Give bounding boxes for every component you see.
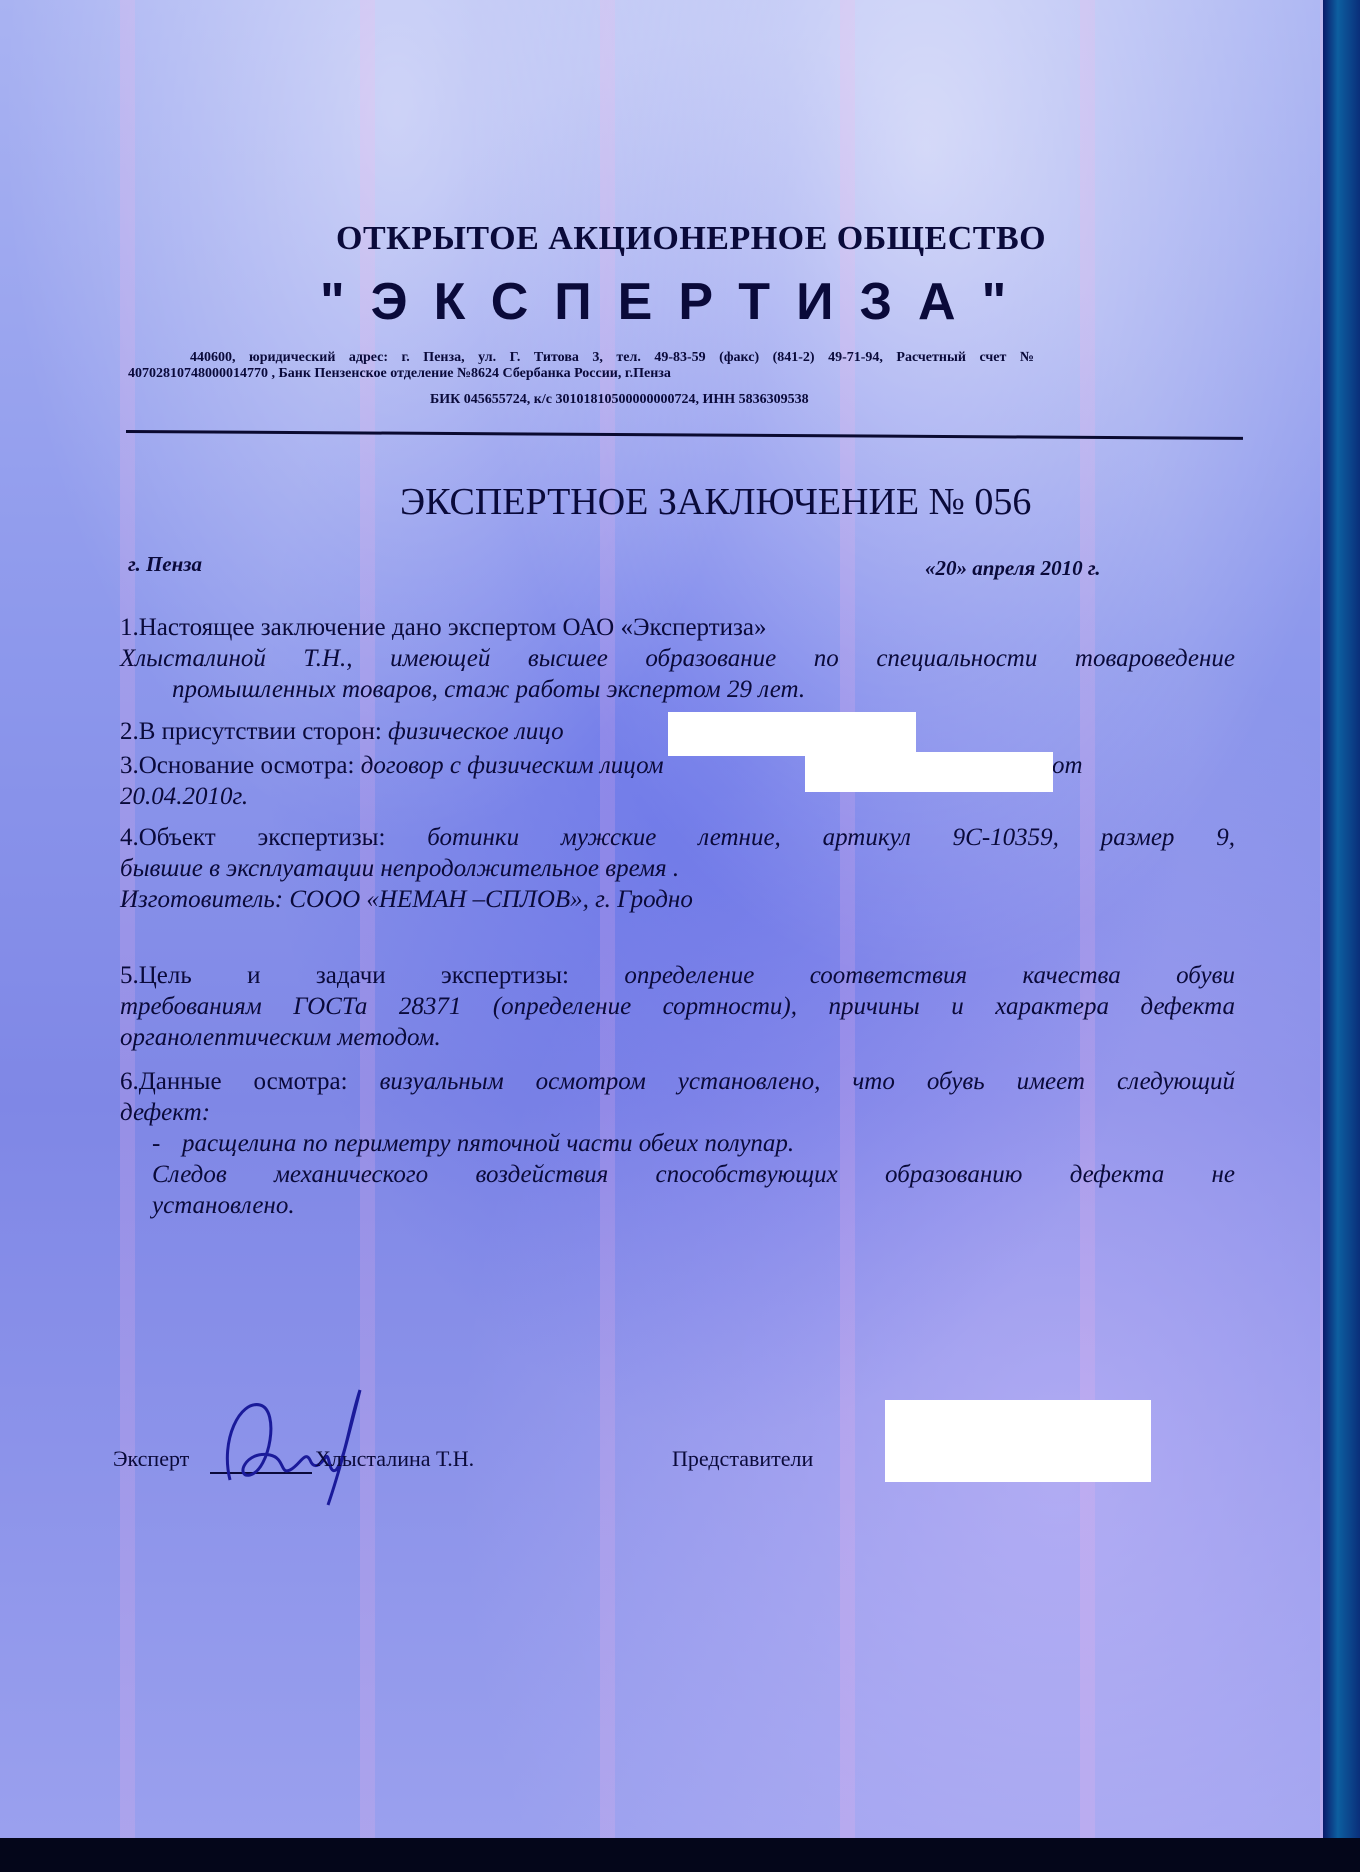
section-3-date: 20.04.2010г. — [120, 781, 1235, 812]
section-1-line-2: Хлысталиной Т.Н., имеющей высшее образов… — [120, 643, 1235, 674]
section-3: 3.Основание осмотра: договор с физически… — [120, 750, 1235, 812]
section-6-value-2: дефект: — [120, 1097, 1235, 1128]
scanner-edge-bottom — [0, 1838, 1360, 1872]
section-6-note-1: Следов механического воздействия способс… — [120, 1159, 1235, 1190]
address-line-3: БИК 045655724, к/с 30101810500000000724,… — [430, 392, 809, 408]
section-2-value: физическое лицо — [388, 718, 564, 745]
section-1-heading: 1.Настоящее заключение дано экспертом ОА… — [120, 612, 1235, 643]
expert-name: Хлысталина Т.Н. — [315, 1446, 474, 1472]
section-5: 5.Цель и задачи экспертизы: определение … — [120, 960, 1235, 1053]
section-3-label: 3.Основание осмотра: — [120, 752, 361, 779]
section-6-value-1: визуальным осмотром установлено, что обу… — [380, 1068, 1235, 1095]
section-4-label: 4.Объект экспертизы: — [120, 824, 427, 851]
section-4-manufacturer: Изготовитель: СООО «НЕМАН –СПЛОВ», г. Гр… — [120, 884, 1235, 915]
document-date: «20» апреля 2010 г. — [925, 556, 1101, 581]
bullet-marker: - — [152, 1128, 182, 1159]
org-type: ОТКРЫТОЕ АКЦИОНЕРНОЕ ОБЩЕСТВО — [336, 220, 1046, 258]
section-4-value-1: ботинки мужские летние, артикул 9С-10359… — [427, 824, 1235, 851]
section-5-value-2: требованиям ГОСТа 28371 (определение сор… — [120, 991, 1235, 1022]
section-4: 4.Объект экспертизы: ботинки мужские лет… — [120, 822, 1235, 915]
org-name: "ЭКСПЕРТИЗА" — [320, 272, 1032, 332]
signature-scribble-icon — [210, 1380, 390, 1510]
section-5-value-1: определение соответствия качества обуви — [624, 962, 1235, 989]
section-1: 1.Настоящее заключение дано экспертом ОА… — [120, 612, 1235, 705]
section-6-label: 6.Данные осмотра: — [120, 1068, 380, 1095]
section-3-value: договор с физическим лицом — [361, 752, 664, 779]
defect-text: расщелина по периметру пяточной части об… — [182, 1130, 794, 1157]
section-5-label: 5.Цель и задачи экспертизы: — [120, 962, 624, 989]
scanned-page: ОТКРЫТОЕ АКЦИОНЕРНОЕ ОБЩЕСТВО "ЭКСПЕРТИЗ… — [0, 0, 1323, 1838]
section-4-value-2: бывшие в эксплуатации непродолжительное … — [120, 853, 1235, 884]
section-3-from: от — [1052, 750, 1083, 781]
section-5-value-3: органолептическим методом. — [120, 1022, 1235, 1053]
scanner-edge-right — [1323, 0, 1360, 1872]
address-line-1: 440600, юридический адрес: г. Пенза, ул.… — [190, 350, 1034, 366]
representatives-label: Представители — [672, 1446, 813, 1472]
document-title: ЭКСПЕРТНОЕ ЗАКЛЮЧЕНИЕ № 056 — [400, 480, 1031, 524]
header-divider — [126, 430, 1243, 440]
section-6-note-2: установлено. — [120, 1190, 1235, 1221]
redacted-contract-party — [805, 752, 1053, 792]
section-2-label: 2.В присутствии сторон: — [120, 718, 388, 745]
document-city: г. Пенза — [128, 552, 202, 577]
redacted-representative-signature — [885, 1400, 1151, 1482]
section-1-line-3: промышленных товаров, стаж работы экспер… — [120, 674, 1235, 705]
address-line-2: 40702810748000014770 , Банк Пензенское о… — [128, 366, 671, 382]
section-6: 6.Данные осмотра: визуальным осмотром ус… — [120, 1066, 1235, 1221]
expert-label: Эксперт — [113, 1446, 189, 1472]
defect-list-item: -расщелина по периметру пяточной части о… — [120, 1128, 1235, 1159]
